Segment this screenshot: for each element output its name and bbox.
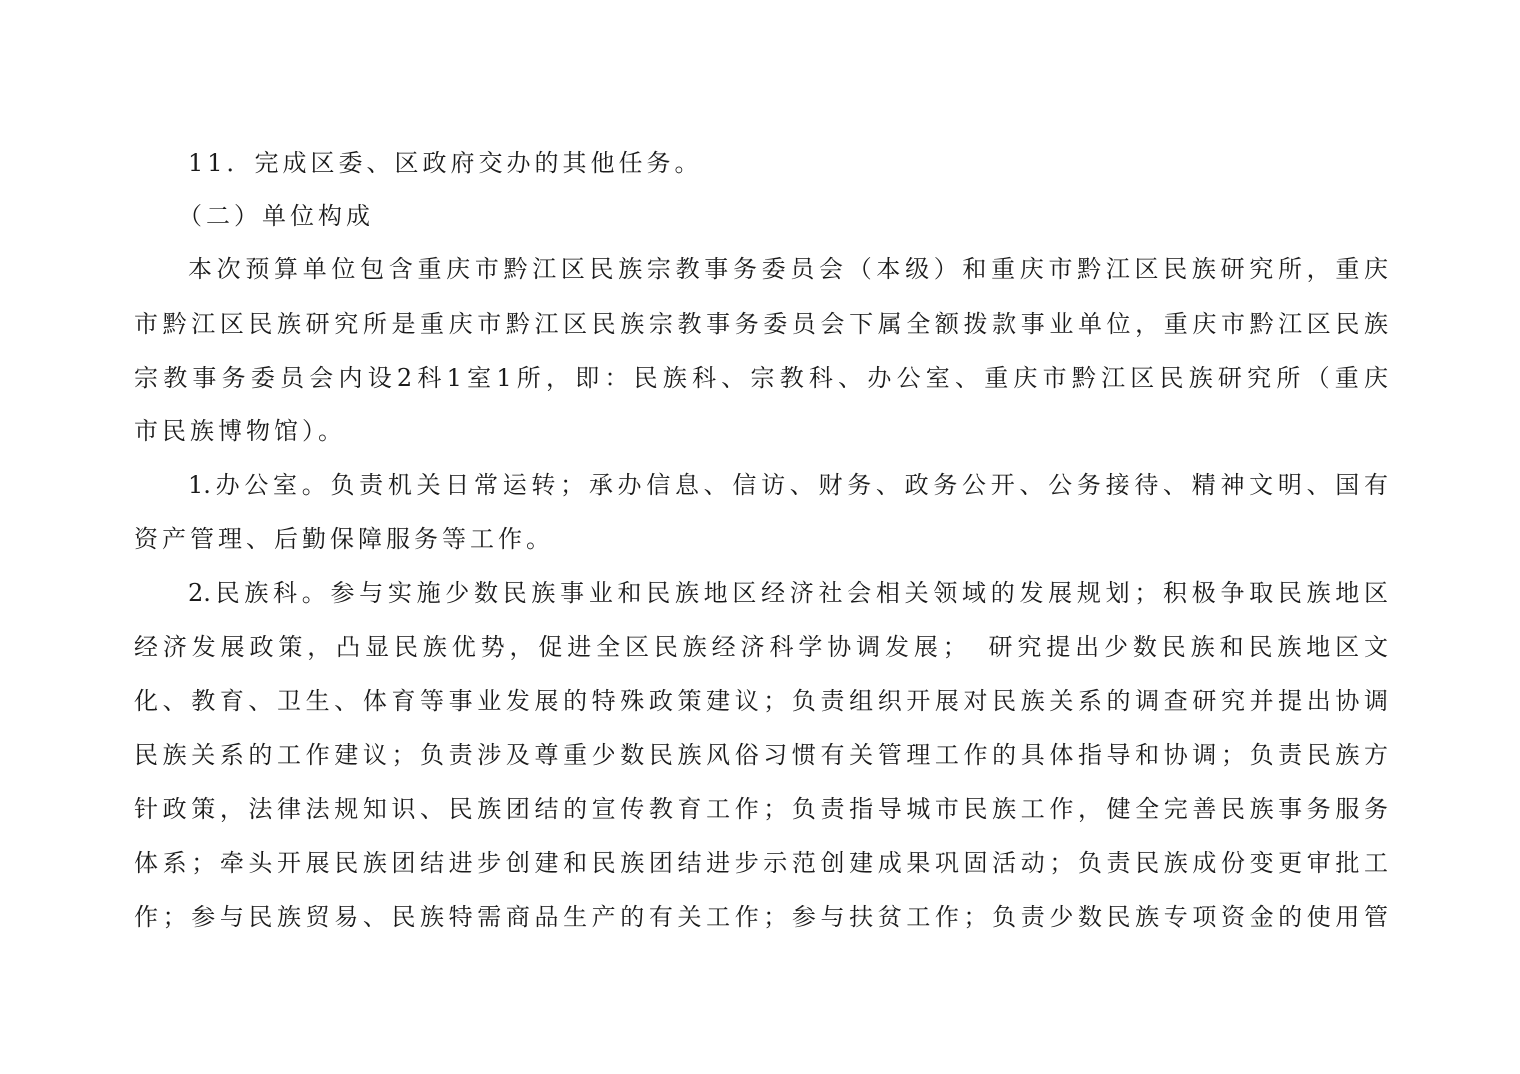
paragraph-ethnic-section-line: 针政策，法律法规知识、民族团结的宣传教育工作；负责指导城市民族工作，健全完善民族… [134, 792, 1388, 826]
text-line-item-11: 11．完成区委、区政府交办的其他任务。 [188, 146, 1388, 180]
document-page: 11．完成区委、区政府交办的其他任务。 （二）单位构成 本次预算单位包含重庆市黔… [0, 0, 1520, 1074]
paragraph-budget-units-line: 宗教事务委员会内设2科1室1所，即：民族科、宗教科、办公室、重庆市黔江区民族研究… [134, 361, 1388, 395]
paragraph-budget-units-line: 本次预算单位包含重庆市黔江区民族宗教事务委员会（本级）和重庆市黔江区民族研究所，… [188, 252, 1388, 286]
paragraph-ethnic-section-line: 民族关系的工作建议；负责涉及尊重少数民族风俗习惯有关管理工作的具体指导和协调；负… [134, 738, 1388, 772]
paragraph-budget-units-line: 市民族博物馆）。 [134, 414, 1388, 448]
paragraph-ethnic-section-line: 作；参与民族贸易、民族特需商品生产的有关工作；参与扶贫工作；负责少数民族专项资金… [134, 900, 1388, 934]
paragraph-ethnic-section-line: 体系；牵头开展民族团结进步创建和民族团结进步示范创建成果巩固活动；负责民族成份变… [134, 846, 1388, 880]
paragraph-ethnic-section-line: 经济发展政策，凸显民族优势，促进全区民族经济科学协调发展； 研究提出少数民族和民… [134, 630, 1388, 664]
paragraph-office-line: 资产管理、后勤保障服务等工作。 [134, 522, 1388, 556]
section-heading-unit-composition: （二）单位构成 [178, 199, 374, 233]
paragraph-ethnic-section-line: 化、教育、卫生、体育等事业发展的特殊政策建议；负责组织开展对民族关系的调查研究并… [134, 684, 1388, 718]
paragraph-budget-units-line: 市黔江区民族研究所是重庆市黔江区民族宗教事务委员会下属全额拨款事业单位，重庆市黔… [134, 307, 1388, 341]
paragraph-ethnic-section-line: 2.民族科。参与实施少数民族事业和民族地区经济社会相关领域的发展规划；积极争取民… [188, 576, 1388, 610]
paragraph-office-line: 1.办公室。负责机关日常运转；承办信息、信访、财务、政务公开、公务接待、精神文明… [188, 468, 1388, 502]
